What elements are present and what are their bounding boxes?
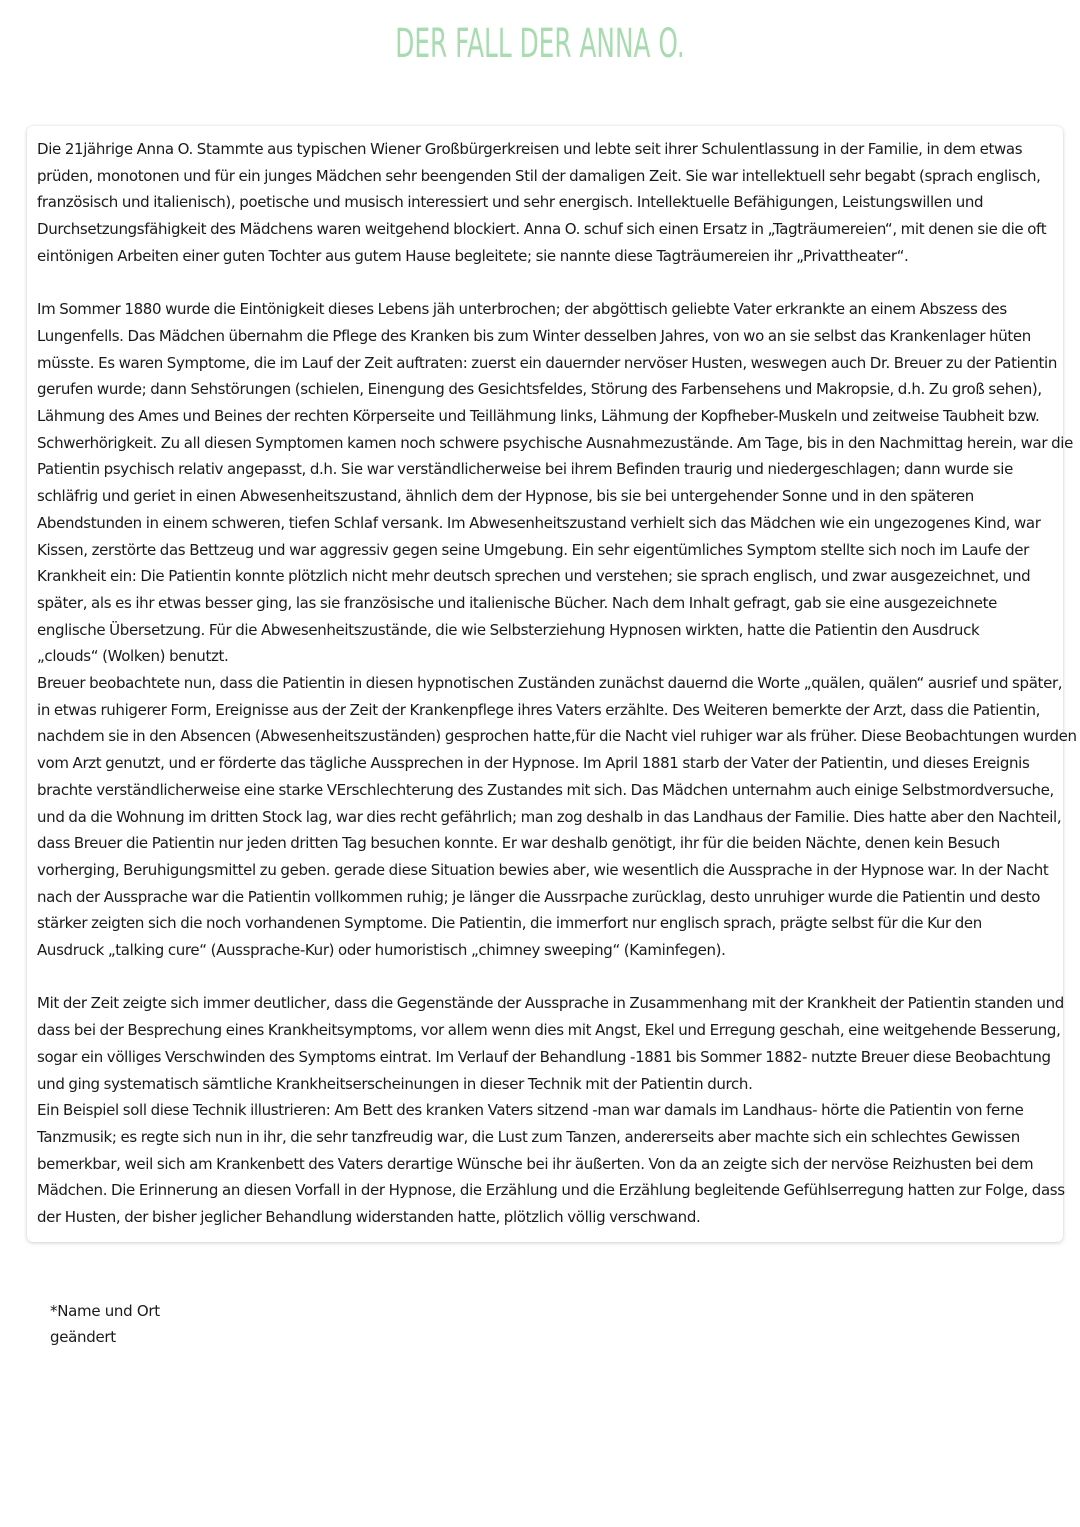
- paragraph-treatment: Mit der Zeit zeigte sich immer deutliche…: [37, 990, 1055, 1097]
- text-line: vom Arzt genutzt, und er förderte das tä…: [37, 750, 1055, 777]
- text-line: Schwerhörigkeit. Zu all diesen Symptomen…: [37, 430, 1055, 457]
- footnote: *Name und Ortgeändert: [50, 1298, 160, 1350]
- text-line: prüden, monotonen und für ein junges Mäd…: [37, 163, 1055, 190]
- text-line: brachte verständlicherweise eine starke …: [37, 777, 1055, 804]
- text-line: stärker zeigten sich die noch vorhandene…: [37, 910, 1055, 937]
- footnote-line: *Name und Ort: [50, 1298, 160, 1324]
- text-line: später, als es ihr etwas besser ging, la…: [37, 590, 1055, 617]
- text-line: dass bei der Besprechung eines Krankheit…: [37, 1017, 1055, 1044]
- paragraph-symptoms: Im Sommer 1880 wurde die Eintönigkeit di…: [37, 296, 1055, 670]
- text-line: eintönigen Arbeiten einer guten Tochter …: [37, 243, 1055, 270]
- text-line: nachdem sie in den Absencen (Abwesenheit…: [37, 723, 1055, 750]
- text-card: Die 21jährige Anna O. Stammte aus typisc…: [27, 126, 1063, 1242]
- paragraph-talking-cure: Breuer beobachtete nun, dass die Patient…: [37, 670, 1055, 964]
- text-line: Patientin psychisch relativ angepasst, d…: [37, 456, 1055, 483]
- paragraph-intro: Die 21jährige Anna O. Stammte aus typisc…: [37, 136, 1055, 270]
- text-line: Im Sommer 1880 wurde die Eintönigkeit di…: [37, 296, 1055, 323]
- text-line: schläfrig und geriet in einen Abwesenhei…: [37, 483, 1055, 510]
- footnote-line: geändert: [50, 1324, 160, 1350]
- paragraph-gap: [37, 270, 1055, 297]
- text-line: Mit der Zeit zeigte sich immer deutliche…: [37, 990, 1055, 1017]
- text-line: Ein Beispiel soll diese Technik illustri…: [37, 1097, 1055, 1124]
- text-line: Lähmung des Ames und Beines der rechten …: [37, 403, 1055, 430]
- text-line: Krankheit ein: Die Patientin konnte plöt…: [37, 563, 1055, 590]
- paragraph-gap: [37, 964, 1055, 991]
- text-line: sogar ein völliges Verschwinden des Symp…: [37, 1044, 1055, 1071]
- text-line: und ging systematisch sämtliche Krankhei…: [37, 1071, 1055, 1098]
- text-line: Ausdruck „talking cure“ (Aussprache-Kur)…: [37, 937, 1055, 964]
- text-line: „clouds“ (Wolken) benutzt.: [37, 643, 1055, 670]
- text-line: der Husten, der bisher jeglicher Behandl…: [37, 1204, 1055, 1231]
- text-line: Abendstunden in einem schweren, tiefen S…: [37, 510, 1055, 537]
- text-line: Kissen, zerstörte das Bettzeug und war a…: [37, 537, 1055, 564]
- text-line: dass Breuer die Patientin nur jeden drit…: [37, 830, 1055, 857]
- text-line: Breuer beobachtete nun, dass die Patient…: [37, 670, 1055, 697]
- paragraph-example: Ein Beispiel soll diese Technik illustri…: [37, 1097, 1055, 1231]
- text-line: vorherging, Beruhigungsmittel zu geben. …: [37, 857, 1055, 884]
- text-line: müsste. Es waren Symptome, die im Lauf d…: [37, 350, 1055, 377]
- text-line: nach der Aussprache war die Patientin vo…: [37, 884, 1055, 911]
- text-line: Die 21jährige Anna O. Stammte aus typisc…: [37, 136, 1055, 163]
- text-line: Lungenfells. Das Mädchen übernahm die Pf…: [37, 323, 1055, 350]
- text-line: Mädchen. Die Erinnerung an diesen Vorfal…: [37, 1177, 1055, 1204]
- text-line: Durchsetzungsfähigkeit des Mädchens ware…: [37, 216, 1055, 243]
- text-line: bemerkbar, weil sich am Krankenbett des …: [37, 1151, 1055, 1178]
- text-line: französisch und italienisch), poetische …: [37, 189, 1055, 216]
- text-line: in etwas ruhigerer Form, Ereignisse aus …: [37, 697, 1055, 724]
- page-title: DER FALL DER ANNA O.: [205, 18, 875, 70]
- text-line: Tanzmusik; es regte sich nun in ihr, die…: [37, 1124, 1055, 1151]
- text-line: englische Übersetzung. Für die Abwesenhe…: [37, 617, 1055, 644]
- text-line: gerufen wurde; dann Sehstörungen (schiel…: [37, 376, 1055, 403]
- text-line: und da die Wohnung im dritten Stock lag,…: [37, 804, 1055, 831]
